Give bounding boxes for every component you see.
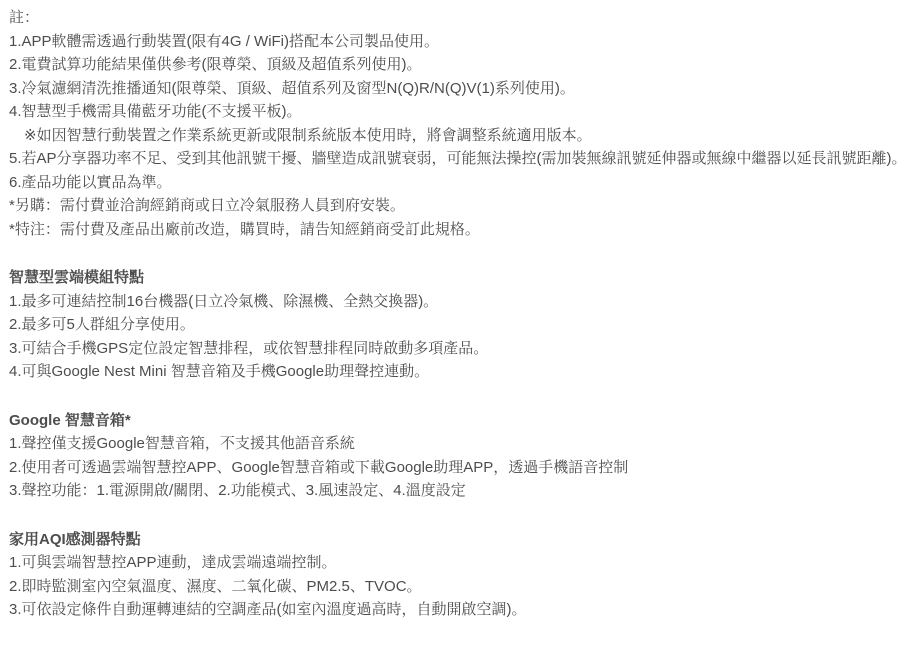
note-line: 1.聲控僅支援Google智慧音箱，不支援其他語音系統 (9, 432, 909, 456)
note-line: 2.使用者可透過雲端智慧控APP、Google智慧音箱或下載Google助理AP… (9, 456, 909, 480)
note-line: 1.APP軟體需透過行動裝置(限有4G / WiFi)搭配本公司製品使用。 (9, 30, 909, 54)
note-line: 3.冷氣濾網清洗推播通知(限尊榮、頂級、超值系列及窗型N(Q)R/N(Q)V(1… (9, 77, 909, 101)
section-heading: Google 智慧音箱* (9, 409, 909, 433)
note-line: 1.最多可連結控制16台機器(日立冷氣機、除濕機、全熱交換器)。 (9, 290, 909, 314)
note-line: 4.智慧型手機需具備藍牙功能(不支援平板)。 (9, 100, 909, 124)
note-line: 2.即時監測室內空氣溫度、濕度、二氧化碳、PM2.5、TVOC。 (9, 575, 909, 599)
note-line: 3.可依設定條件自動運轉連結的空調產品(如室內溫度過高時，自動開啟空調)。 (9, 598, 909, 622)
section-home-aqi-sensor: 家用AQI感測器特點1.可與雲端智慧控APP連動，達成雲端遠端控制。2.即時監測… (9, 528, 909, 622)
note-line: 3.聲控功能：1.電源開啟/關閉、2.功能模式、3.風速設定、4.溫度設定 (9, 479, 909, 503)
note-line: ※如因智慧行動裝置之作業系統更新或限制系統版本使用時，將會調整系統適用版本。 (9, 124, 909, 148)
note-line: 2.電費試算功能結果僅供參考(限尊榮、頂級及超值系列使用)。 (9, 53, 909, 77)
note-line: 6.產品功能以實品為準。 (9, 171, 909, 195)
note-line: *另購：需付費並洽詢經銷商或日立冷氣服務人員到府安裝。 (9, 194, 909, 218)
section-heading: 智慧型雲端模組特點 (9, 266, 909, 290)
section-google-smart-speaker: Google 智慧音箱*1.聲控僅支援Google智慧音箱，不支援其他語音系統2… (9, 409, 909, 503)
product-notes-document: 註：1.APP軟體需透過行動裝置(限有4G / WiFi)搭配本公司製品使用。2… (0, 0, 917, 622)
note-line: *特注：需付費及產品出廠前改造，購買時，請告知經銷商受訂此規格。 (9, 218, 909, 242)
section-smart-cloud-module: 智慧型雲端模組特點1.最多可連結控制16台機器(日立冷氣機、除濕機、全熱交換器)… (9, 266, 909, 384)
note-line: 2.最多可5人群組分享使用。 (9, 313, 909, 337)
note-line: 5.若AP分享器功率不足、受到其他訊號干擾、牆壁造成訊號衰弱，可能無法操控(需加… (9, 147, 909, 171)
note-line: 1.可與雲端智慧控APP連動，達成雲端遠端控制。 (9, 551, 909, 575)
note-line: 4.可與Google Nest Mini 智慧音箱及手機Google助理聲控連動… (9, 360, 909, 384)
section-notes: 註：1.APP軟體需透過行動裝置(限有4G / WiFi)搭配本公司製品使用。2… (9, 6, 909, 241)
note-line: 3.可結合手機GPS定位設定智慧排程，或依智慧排程同時啟動多項產品。 (9, 337, 909, 361)
section-heading: 註： (9, 6, 909, 30)
section-heading: 家用AQI感測器特點 (9, 528, 909, 552)
